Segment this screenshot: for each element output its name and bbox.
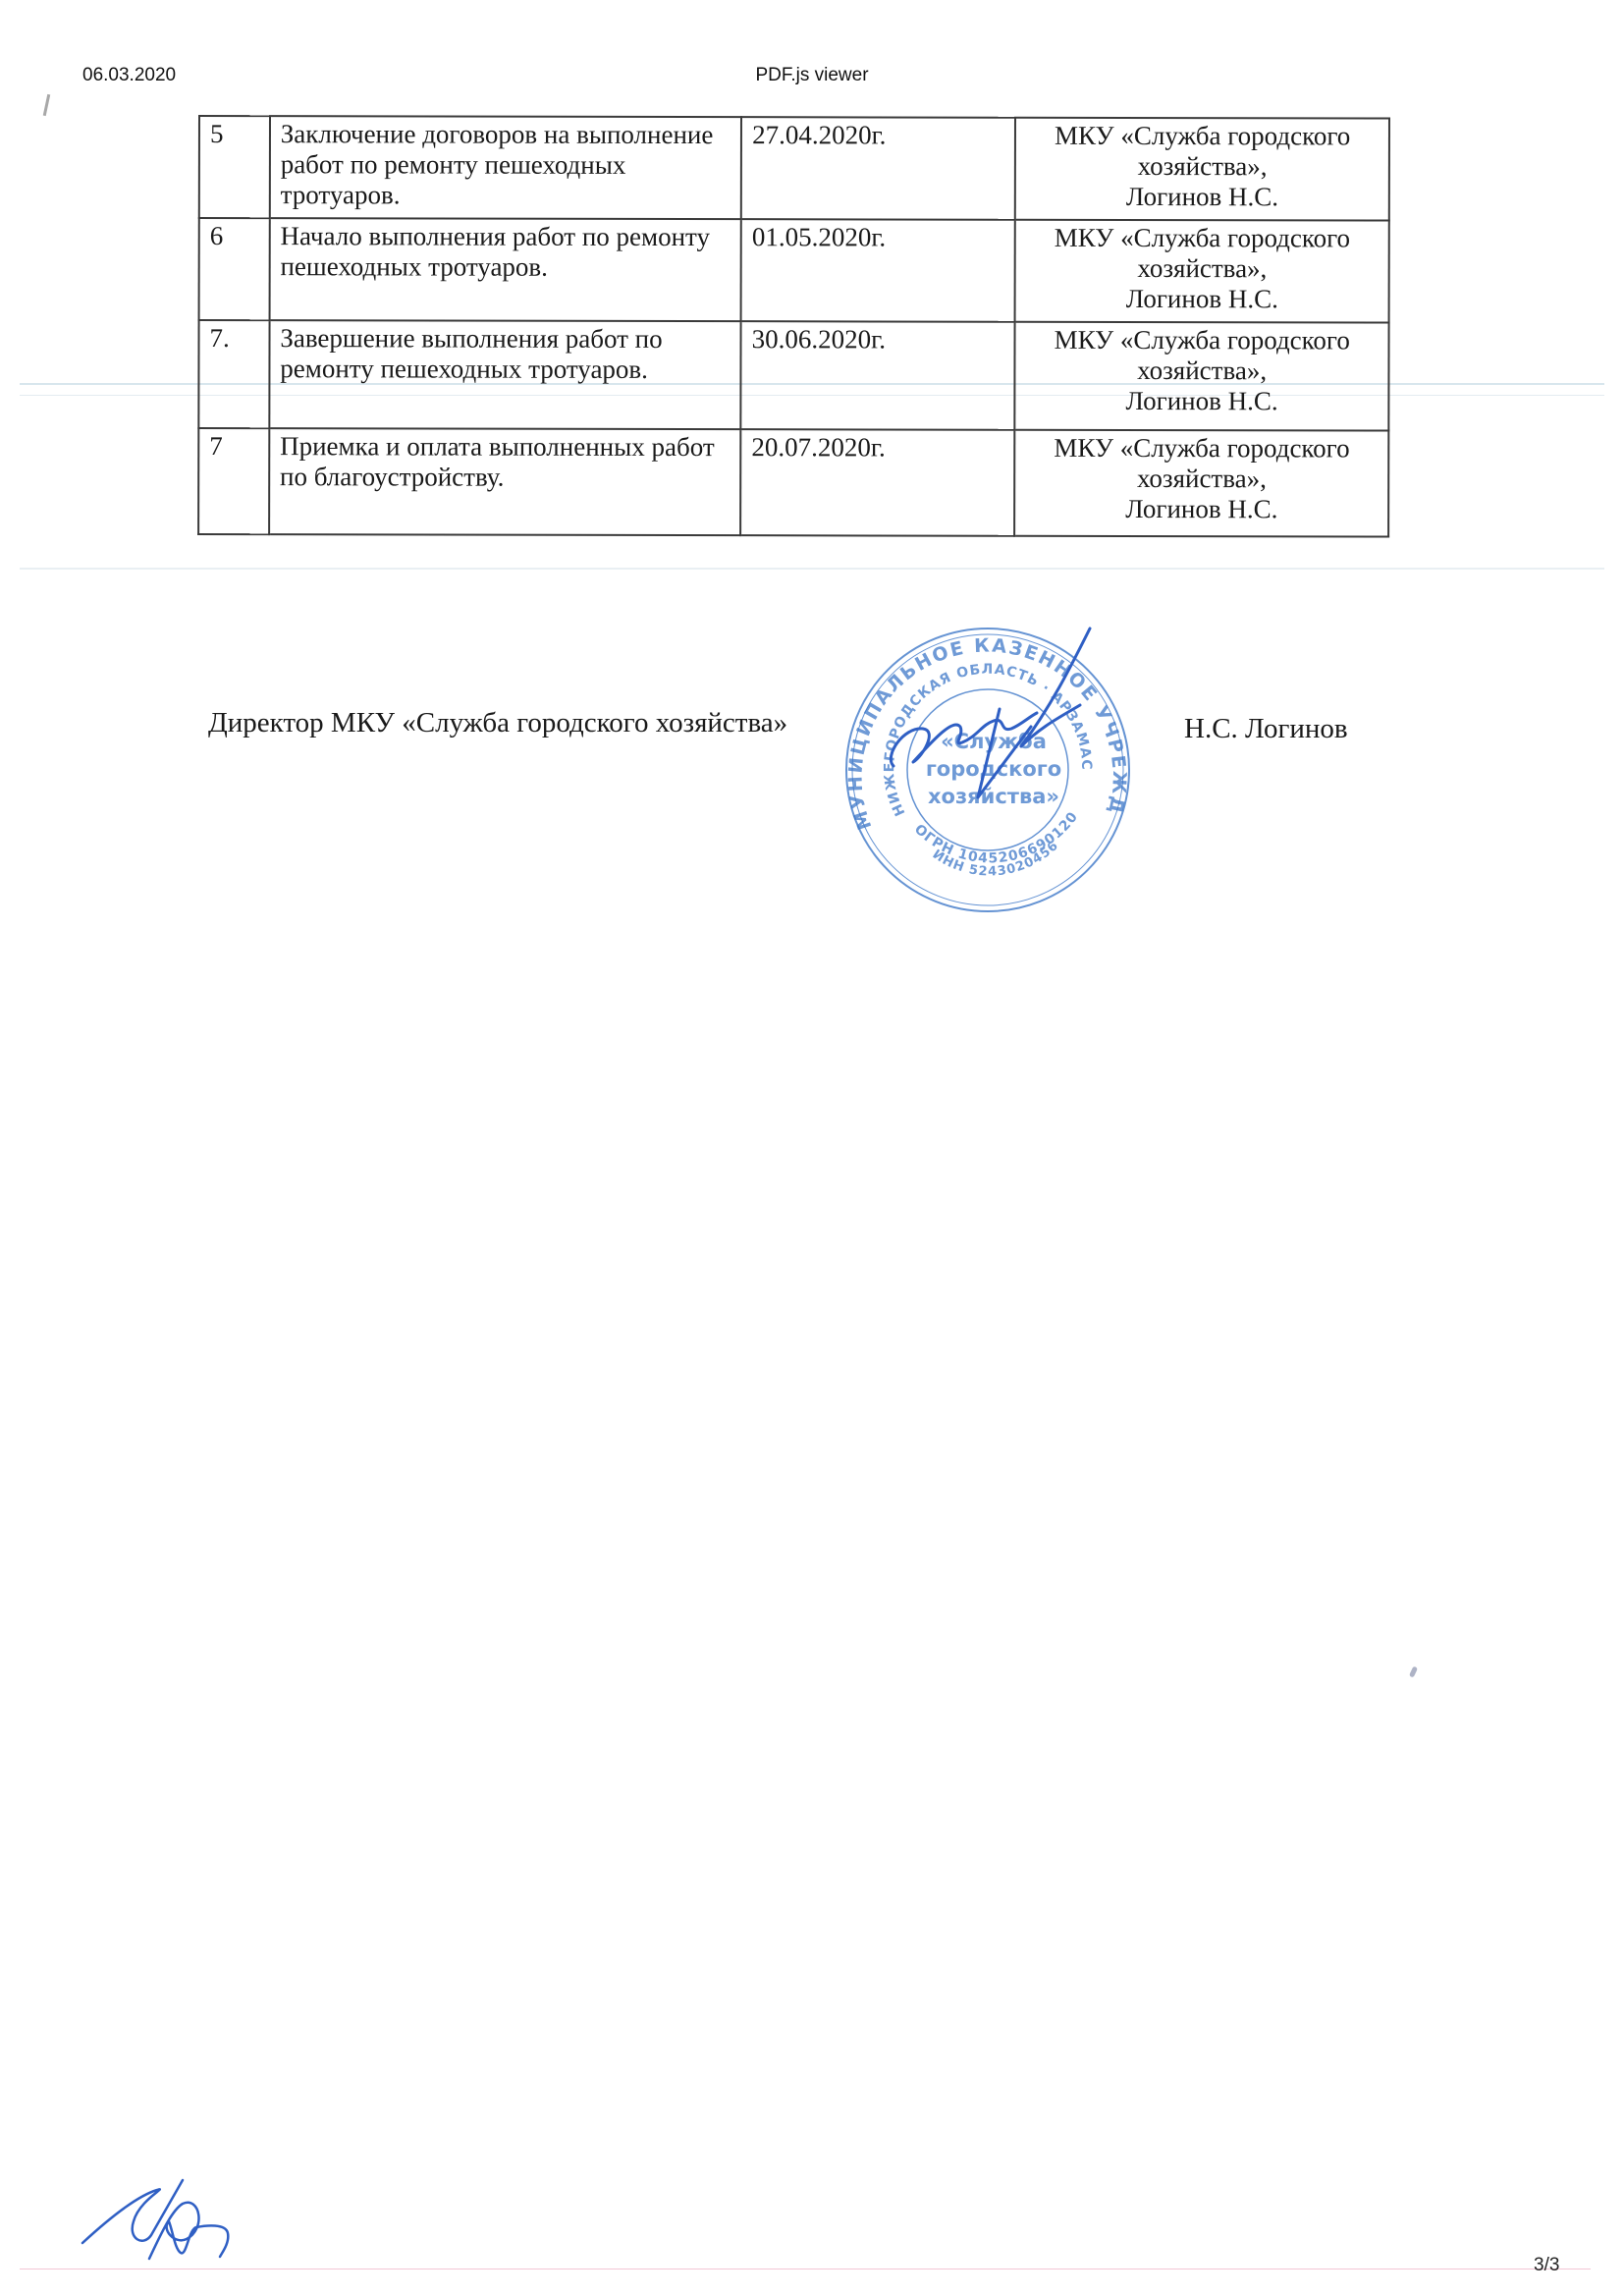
task-description: Начало выполнения работ по ремонту пешех… [269, 218, 741, 321]
table-row: 5Заключение договоров на выполнение рабо… [199, 116, 1389, 221]
deadline-date: 30.06.2020г. [740, 321, 1014, 430]
responsible-line: МКУ «Служба городского [1026, 325, 1379, 356]
deadline-date: 01.05.2020г. [741, 219, 1015, 322]
responsible-party: МКУ «Служба городскогохозяйства»,Логинов… [1015, 220, 1389, 323]
footer-line [20, 2269, 1591, 2269]
viewer-title: PDF.js viewer [0, 65, 1624, 86]
responsible-line: хозяйства», [1026, 464, 1379, 495]
page-number: 3/3 [1534, 2255, 1559, 2276]
table-row: 6Начало выполнения работ по ремонту пеше… [199, 218, 1389, 323]
row-number: 5 [199, 116, 270, 218]
scan-artifact [1409, 1666, 1418, 1677]
responsible-party: МКУ «Служба городскогохозяйства»,Логинов… [1014, 430, 1388, 537]
responsible-party: МКУ «Служба городскогохозяйства»,Логинов… [1015, 322, 1389, 431]
responsible-line: Логинов Н.С. [1026, 182, 1379, 213]
responsible-line: хозяйства», [1026, 355, 1379, 387]
row-number: 7. [198, 320, 269, 428]
task-description: Приемка и оплата выполненных работ по бл… [269, 428, 741, 535]
responsible-line: Логинов Н.С. [1026, 386, 1379, 417]
responsible-line: хозяйства», [1026, 151, 1379, 183]
responsible-line: Логинов Н.С. [1026, 494, 1379, 525]
table-row: 7Приемка и оплата выполненных работ по б… [198, 428, 1388, 537]
responsible-line: МКУ «Служба городского [1026, 121, 1379, 152]
work-schedule-table: 5Заключение договоров на выполнение рабо… [197, 115, 1390, 538]
deadline-date: 27.04.2020г. [741, 117, 1015, 220]
row-number: 6 [199, 218, 270, 320]
deadline-date: 20.07.2020г. [740, 429, 1014, 536]
responsible-line: Логинов Н.С. [1026, 284, 1379, 315]
scan-artifact-band [20, 568, 1604, 570]
task-description: Заключение договоров на выполнение работ… [270, 116, 742, 219]
responsible-line: МКУ «Служба городского [1026, 433, 1379, 465]
table-row: 7.Завершение выполнения работ по ремонту… [198, 320, 1388, 431]
print-header: 06.03.2020 PDF.js viewer [0, 65, 1624, 88]
responsible-line: хозяйства», [1026, 253, 1379, 285]
scan-artifact [43, 94, 51, 116]
task-description: Завершение выполнения работ по ремонту п… [269, 320, 741, 429]
director-position: Директор МКУ «Служба городского хозяйств… [208, 707, 787, 739]
handwritten-signature [884, 619, 1139, 805]
row-number: 7 [198, 428, 269, 534]
initials-signature [79, 2170, 245, 2269]
responsible-party: МКУ «Служба городскогохозяйства»,Логинов… [1015, 118, 1389, 221]
director-name: Н.С. Логинов [1184, 713, 1348, 745]
responsible-line: МКУ «Служба городского [1026, 223, 1379, 254]
